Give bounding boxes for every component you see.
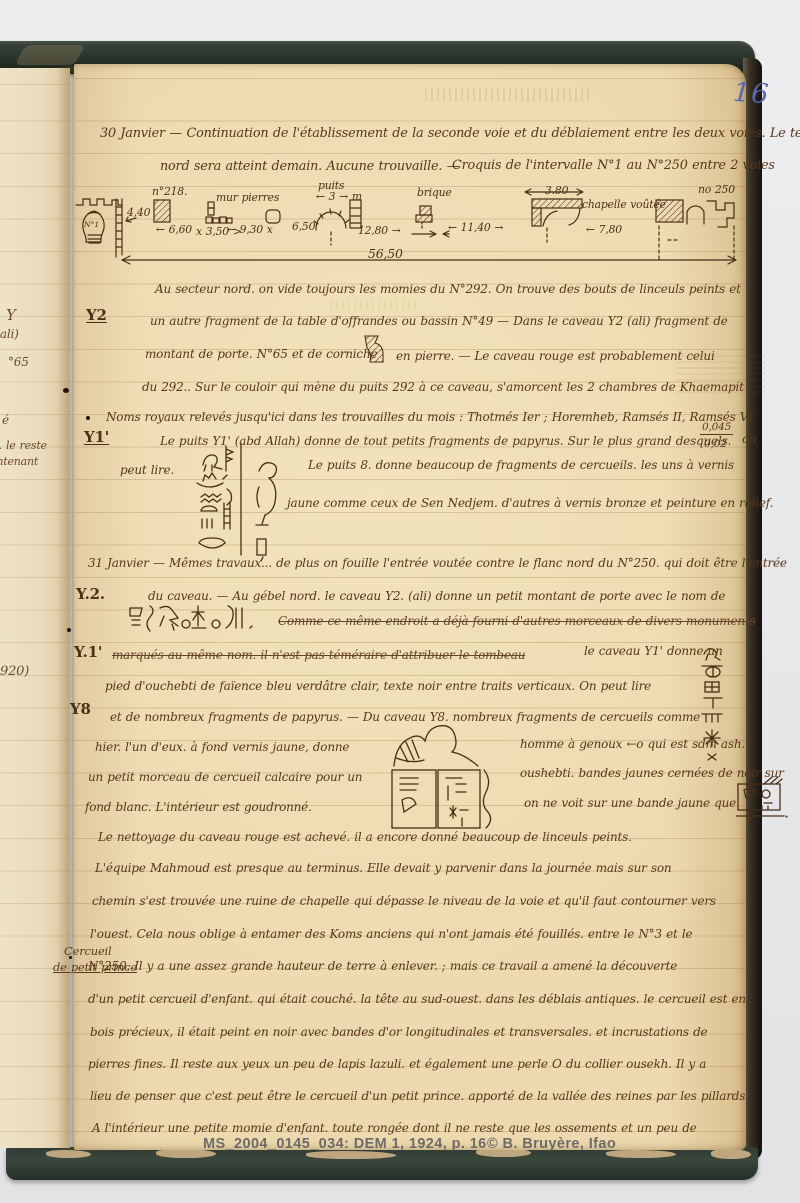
margin-hieroglyph-column (696, 644, 730, 768)
croquis-section-sketch: N°1 (70, 180, 750, 275)
cover-wear-patch (46, 1150, 91, 1158)
ink-bleed-mark (425, 88, 590, 102)
cover-wear-patch (306, 1151, 396, 1159)
archive-id-caption: MS_2004_0145_034: DEM 1, 1924, p. 16 (203, 1136, 487, 1152)
svg-text:N°1: N°1 (83, 220, 99, 229)
boxed-hieroglyph-sketch (736, 776, 788, 820)
copyright-caption: © B. Bruyère, Ifao (487, 1136, 616, 1152)
ink-spot (63, 388, 69, 393)
ink-spot (67, 628, 71, 632)
inline-hieroglyph-sketch (128, 602, 276, 634)
corniche-sketch (358, 334, 386, 364)
cover-wear-patch (606, 1150, 676, 1158)
ink-bleed-mark (675, 355, 765, 395)
ink-spot (86, 416, 90, 420)
hieroglyph-block-sketch (193, 443, 305, 563)
ink-spot (69, 956, 72, 959)
page-number: 16 (732, 77, 770, 110)
ink-bleed-mark (330, 300, 420, 310)
cover-wear-patch (711, 1149, 751, 1159)
oushebti-sketch (382, 718, 522, 836)
